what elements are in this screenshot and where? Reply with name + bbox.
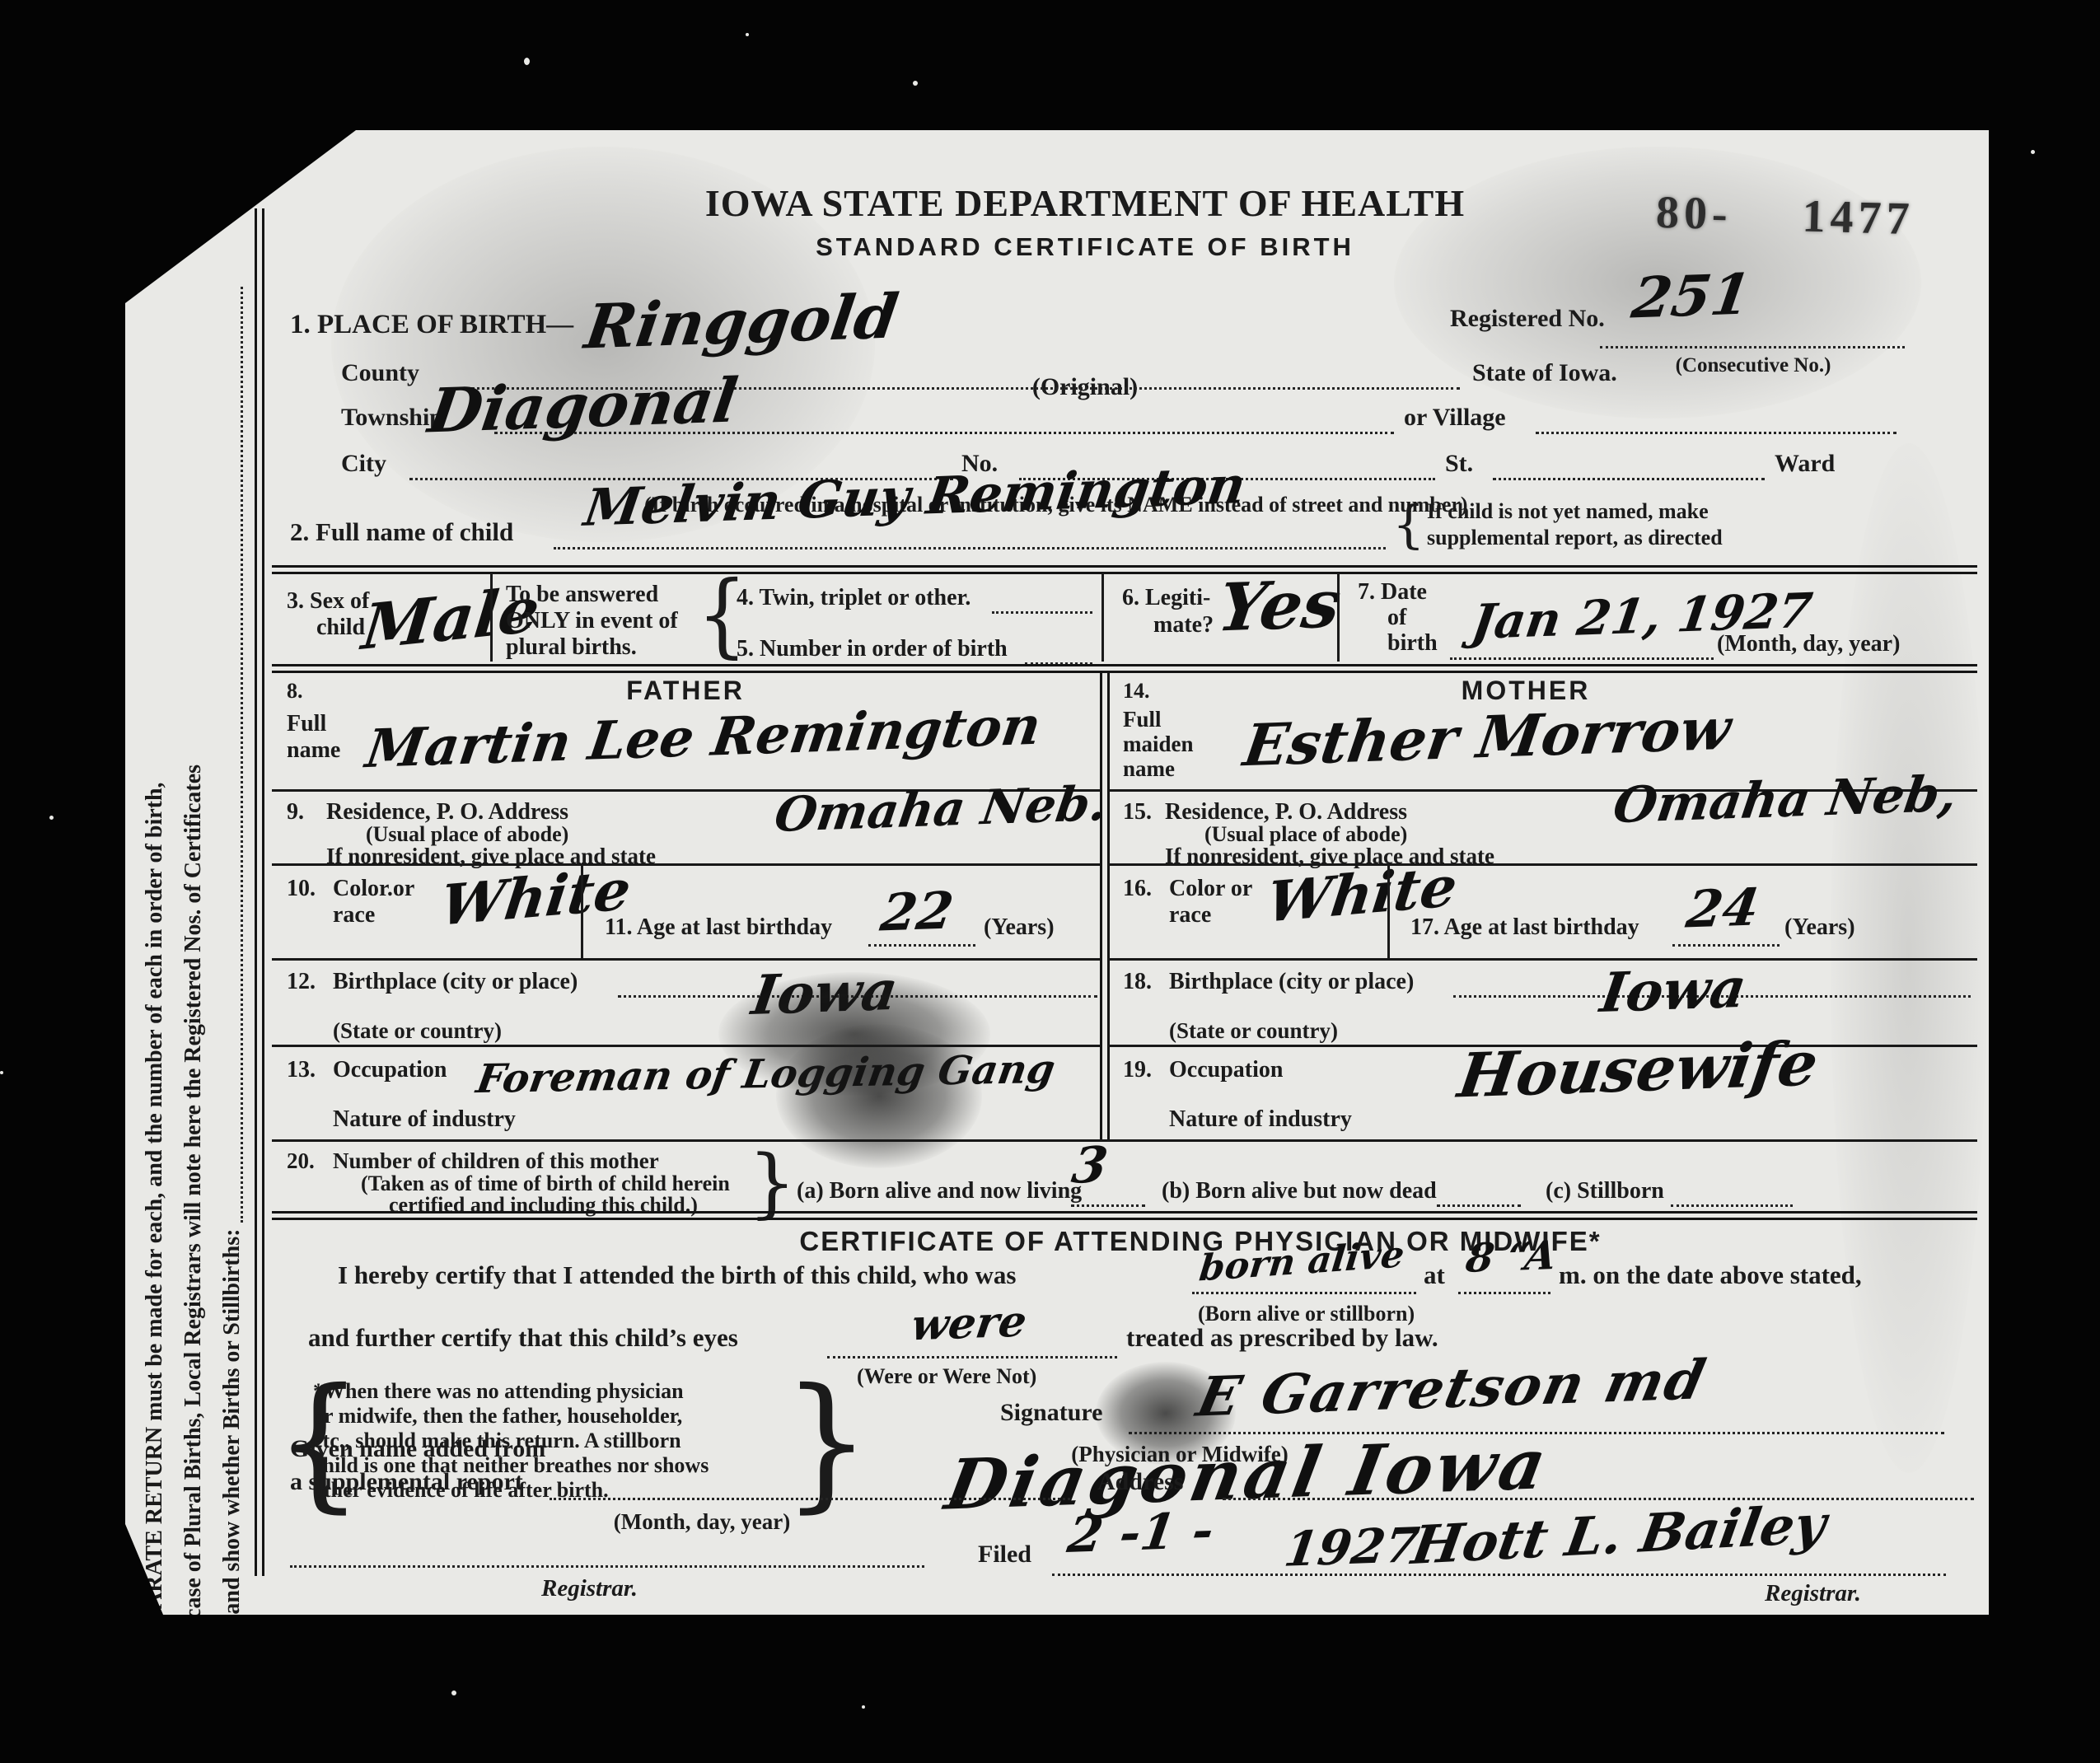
at-label: at (1424, 1260, 1445, 1290)
county-value: Ringgold (581, 281, 902, 362)
father-residence-underline (272, 863, 1100, 866)
twin-label: 4. Twin, triplet or other. (737, 585, 970, 611)
dust-speck (49, 816, 54, 820)
father-residence-value: Omaha Neb. (771, 775, 1111, 843)
mother-birthplace-number: 18. (1123, 969, 1152, 995)
father-birthplace-label: Birthplace (city or place) (333, 969, 578, 995)
mother-age-value: 24 (1683, 877, 1763, 940)
father-color-label1: Color.or (333, 876, 414, 902)
dust-speck (0, 1071, 3, 1074)
child-name-label: 2. Full name of child (290, 517, 513, 547)
dob-label-line1: 7. Date (1358, 579, 1427, 606)
rule-above-sex-row (272, 565, 1977, 574)
children-a-value: 3 (1069, 1136, 1111, 1195)
rule-above-parents (272, 664, 1977, 673)
children-a-line (1071, 1204, 1145, 1207)
mother-birthplace-value: Iowa (1597, 956, 1750, 1025)
children-a-label: (a) Born alive and now living (797, 1178, 1082, 1204)
filed-value: 2 -1 - (1064, 1502, 1218, 1564)
mother-industry-label: Nature of industry (1169, 1106, 1352, 1133)
father-age-label: 11. Age at last birthday (605, 914, 832, 941)
footnote-line2: or midwife, then the father, householder… (313, 1404, 682, 1429)
mother-occupation-label: Occupation (1169, 1057, 1283, 1083)
ward-label: Ward (1775, 450, 1835, 478)
dob-label-line2: of (1387, 605, 1406, 631)
father-age-value: 22 (877, 881, 957, 943)
place-of-birth-label: 1. PLACE OF BIRTH— (290, 310, 573, 340)
mother-age-suffix: (Years) (1784, 914, 1855, 941)
ink-blot (776, 1024, 982, 1168)
time-value: 8 “A (1463, 1232, 1560, 1282)
month-day-year-note: (Month, day, year) (537, 1509, 867, 1535)
registered-no-label: Registered No. (1450, 305, 1605, 333)
mother-color-label1: Color or (1169, 876, 1252, 902)
children-brace: } (748, 1145, 797, 1221)
street-line (1493, 478, 1765, 480)
father-name-label1: Full (287, 711, 326, 737)
father-birthplace-sub: (State or country) (333, 1018, 502, 1044)
registrar-label-left: Registrar. (541, 1575, 638, 1602)
given-name-line2: a supplemental report (290, 1468, 523, 1496)
margin-dotted-leader (213, 287, 243, 1223)
mother-name-label2: maiden (1123, 732, 1194, 757)
city-value: Diagonal (424, 366, 741, 447)
father-age-suffix: (Years) (984, 914, 1055, 941)
torn-corner-top-left (125, 130, 356, 303)
legitimate-cell-divider (1337, 573, 1340, 662)
scan-smudge (587, 1613, 933, 1615)
children-number: 20. (287, 1148, 315, 1174)
city-label: City (341, 450, 386, 478)
certify-line2-post: treated as prescribed by law. (1126, 1323, 1438, 1353)
mother-occupation-number: 19. (1123, 1057, 1152, 1083)
mother-color-underline (1108, 958, 1977, 961)
mother-name-label3: name (1123, 756, 1175, 782)
legitimate-label-line1: 6. Legiti- (1122, 585, 1210, 611)
born-alive-line (1192, 1292, 1416, 1294)
dust-speck (862, 1705, 865, 1709)
father-birthplace-number: 12. (287, 969, 316, 995)
address-line (1223, 1498, 1974, 1500)
form-left-border (255, 208, 264, 1576)
plural-cell-divider (1101, 573, 1104, 662)
footnote-brace-right: } (783, 1369, 871, 1514)
plural-note-line2: ONLY in event of (506, 608, 678, 634)
margin-note-line: of “Mates” and show whether Births or St… (213, 287, 251, 1615)
consecutive-no-note: (Consecutive No.) (1608, 354, 1898, 377)
children-b-label: (b) Born alive but now dead (1162, 1178, 1437, 1204)
twin-line (992, 611, 1092, 614)
certify-line1: I hereby certify that I attended the bir… (338, 1260, 1017, 1290)
rule-above-physician (272, 1211, 1977, 1220)
mother-color-age-divider (1387, 863, 1390, 958)
filed-label: Filed (978, 1541, 1031, 1569)
mother-age-label: 17. Age at last birthday (1410, 914, 1639, 941)
village-label: or Village (1404, 404, 1506, 432)
order-label: 5. Number in order of birth (737, 636, 1008, 662)
village-line (1536, 432, 1897, 434)
mother-birthplace-label: Birthplace (city or place) (1169, 969, 1414, 995)
registrar-line-left (290, 1565, 924, 1568)
father-number: 8. (287, 679, 303, 704)
children-b-line (1437, 1204, 1521, 1207)
state-label: State of Iowa. (1472, 359, 1617, 387)
unnamed-note-line1: If child is not yet named, make (1427, 499, 1709, 524)
mother-name-label1: Full (1123, 707, 1162, 732)
plural-note-line3: plural births. (506, 634, 637, 661)
scanned-birth-certificate: birth, a SEPARATE RETURN must be made fo… (0, 0, 2100, 1763)
margin-instructions: birth, a SEPARATE RETURN must be made fo… (135, 287, 259, 1615)
physician-signature-value: E Garretson md (1191, 1347, 1712, 1429)
registrar-label-right: Registrar. (1765, 1580, 1861, 1607)
m-label: m. on the date above stated, (1559, 1260, 1862, 1290)
dob-label-line3: birth (1387, 630, 1438, 657)
given-name-line (550, 1498, 1070, 1500)
certificate-paper: birth, a SEPARATE RETURN must be made fo… (125, 130, 1989, 1615)
dust-speck (2031, 150, 2035, 154)
eyes-value: were (908, 1297, 1030, 1351)
rule-above-children-row (272, 1139, 1977, 1142)
registered-no-value: 251 (1628, 262, 1755, 332)
father-industry-label: Nature of industry (333, 1106, 516, 1133)
mother-color-label2: race (1169, 902, 1211, 928)
certify-line2: and further certify that this child’s ey… (308, 1323, 738, 1353)
children-c-line (1671, 1204, 1793, 1207)
mother-number: 14. (1123, 679, 1150, 704)
children-label: Number of children of this mother (333, 1148, 659, 1174)
father-residence-number: 9. (287, 799, 304, 825)
legitimate-label-line2: mate? (1153, 612, 1214, 638)
unnamed-note-line2: supplemental report, as directed (1427, 526, 1723, 550)
father-section-title: FATHER (479, 676, 891, 706)
unnamed-note-brace: { (1392, 499, 1424, 550)
plural-note-line1: To be answered (506, 582, 658, 608)
mother-name-value: Esther Morrow (1240, 694, 1736, 779)
father-color-underline (272, 958, 1100, 961)
father-color-label2: race (333, 902, 375, 928)
street-label: St. (1445, 450, 1473, 478)
address-label: Address (1097, 1468, 1183, 1496)
sex-cell-divider (490, 573, 493, 662)
mother-residence-value: Omaha Neb, (1610, 765, 1961, 835)
dust-speck (913, 81, 918, 86)
dust-speck (746, 33, 749, 36)
father-color-number: 10. (287, 876, 316, 902)
father-occupation-number: 13. (287, 1057, 316, 1083)
time-line (1458, 1292, 1550, 1294)
registered-no-line (1600, 346, 1905, 348)
dust-speck (524, 58, 530, 65)
dob-suffix: (Month, day, year) (1717, 631, 1900, 657)
sex-label-line1: 3. Sex of (287, 588, 369, 615)
certificate-title: STANDARD CERTIFICATE OF BIRTH (455, 232, 1715, 262)
father-age-line (868, 944, 975, 947)
mother-residence-underline (1108, 863, 1977, 866)
father-name-value: Martin Lee Remington (362, 695, 1045, 780)
footnote-line1: *When there was no attending physician (313, 1379, 684, 1404)
child-name-line (554, 547, 1386, 549)
dob-line (1450, 657, 1714, 660)
children-c-label: (c) Stillborn (1546, 1178, 1664, 1204)
margin-note-line: stated. †In case of Plural Births, Local… (174, 287, 213, 1615)
legitimate-value: Yes (1214, 564, 1345, 646)
father-occupation-label: Occupation (333, 1057, 447, 1083)
filed-year: 1927 (1281, 1517, 1423, 1578)
department-title: IOWA STATE DEPARTMENT OF HEALTH (455, 181, 1715, 225)
mother-occupation-value: Housewife (1454, 1028, 1822, 1111)
signature-label: Signature (1000, 1399, 1102, 1427)
dust-speck (451, 1691, 456, 1695)
parents-column-divider (1100, 671, 1110, 1139)
margin-note-line: birth, a SEPARATE RETURN must be made fo… (135, 287, 174, 1615)
sex-label-line2: child (316, 615, 365, 641)
filed-line (1052, 1574, 1946, 1576)
mother-color-number: 16. (1123, 876, 1152, 902)
father-color-age-divider (581, 863, 583, 958)
mother-birthplace-sub: (State or country) (1169, 1018, 1338, 1044)
mother-residence-number: 15. (1123, 799, 1152, 825)
father-name-label2: name (287, 737, 340, 764)
address-value: Diagonal Iowa (940, 1423, 1555, 1525)
given-name-line1: Given name added from (290, 1435, 545, 1463)
father-birthplace-underline (272, 1045, 1100, 1047)
eyes-sub: (Were or Were Not) (857, 1364, 1036, 1389)
county-label: County (341, 359, 419, 387)
mother-age-line (1672, 944, 1780, 947)
